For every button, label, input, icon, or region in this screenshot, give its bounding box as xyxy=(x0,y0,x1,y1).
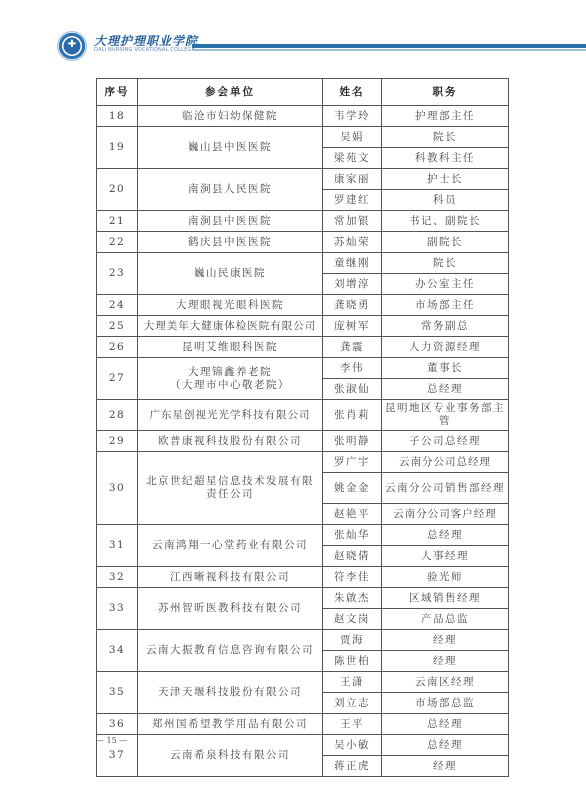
row-number: 27 xyxy=(97,358,138,400)
name-cell: 符李佳 xyxy=(323,567,382,588)
organization-cell: 广东星创视光光学科技有限公司 xyxy=(138,400,323,431)
position-cell: 办公室主任 xyxy=(382,274,509,295)
organization-cell: 天津天堰科技股份有限公司 xyxy=(138,672,323,714)
table-row: 30 北京世纪超星信息技术发展有限责任公司 罗广宇 云南分公司总经理 xyxy=(97,452,509,473)
position-cell: 子公司总经理 xyxy=(382,431,509,452)
position-cell: 总经理 xyxy=(382,735,509,756)
row-number: 30 xyxy=(97,452,138,525)
position-cell: 总经理 xyxy=(382,379,509,400)
name-cell: 庞树军 xyxy=(323,316,382,337)
column-header-name: 姓名 xyxy=(323,79,382,106)
attendee-table: 序号 参会单位 姓名 职务 18 临沧市妇幼保健院 韦学玲 护理部主任 19 巍… xyxy=(96,78,509,777)
position-cell: 市场部主任 xyxy=(382,295,509,316)
name-cell: 吴娟 xyxy=(323,127,382,148)
position-cell: 云南分公司总经理 xyxy=(382,452,509,473)
table-row: 35 天津天堰科技股份有限公司 王潇 云南区经理 xyxy=(97,672,509,693)
organization-cell: 南涧县人民医院 xyxy=(138,169,323,211)
row-number: 28 xyxy=(97,400,138,431)
column-header-number: 序号 xyxy=(97,79,138,106)
name-cell: 龚晓勇 xyxy=(323,295,382,316)
name-cell: 韦学玲 xyxy=(323,106,382,127)
position-cell: 产品总监 xyxy=(382,609,509,630)
table-row: 29 欧普康视科技股份有限公司 张明静 子公司总经理 xyxy=(97,431,509,452)
row-number: 22 xyxy=(97,232,138,253)
table-row: 26 昆明艾维眼科医院 龚震 人力资源经理 xyxy=(97,337,509,358)
name-cell: 龚震 xyxy=(323,337,382,358)
position-cell: 人力资源经理 xyxy=(382,337,509,358)
name-cell: 蒋正虎 xyxy=(323,756,382,777)
organization-cell: 临沧市妇幼保健院 xyxy=(138,106,323,127)
position-cell: 经理 xyxy=(382,756,509,777)
name-cell: 姚金金 xyxy=(323,473,382,504)
organization-line-2: （大理市中心敬老院） xyxy=(141,379,319,392)
row-number: 29 xyxy=(97,431,138,452)
organization-cell: 郑州国希望教学用品有限公司 xyxy=(138,714,323,735)
organization-cell: 云南希泉科技有限公司 xyxy=(138,735,323,777)
table-row: 21 南涧县中医医院 常加银 书记、副院长 xyxy=(97,211,509,232)
organization-cell: 云南大振教育信息咨询有限公司 xyxy=(138,630,323,672)
name-cell: 贾海 xyxy=(323,630,382,651)
row-number: 35 xyxy=(97,672,138,714)
name-cell: 赵文岗 xyxy=(323,609,382,630)
college-emblem-icon: ✚ xyxy=(58,32,86,60)
position-cell: 董事长 xyxy=(382,358,509,379)
organization-cell: 鹤庆县中医医院 xyxy=(138,232,323,253)
organization-cell: 江西晰视科技有限公司 xyxy=(138,567,323,588)
name-cell: 康家丽 xyxy=(323,169,382,190)
table-row: 19 巍山县中医医院 吴娟 院长 xyxy=(97,127,509,148)
position-cell: 人事经理 xyxy=(382,546,509,567)
name-cell: 张淑仙 xyxy=(323,379,382,400)
table-row: 32 江西晰视科技有限公司 符李佳 验光师 xyxy=(97,567,509,588)
table-row: 23 巍山民康医院 童继刚 院长 xyxy=(97,253,509,274)
organization-cell: 巍山民康医院 xyxy=(138,253,323,295)
name-cell: 常加银 xyxy=(323,211,382,232)
table-row: 28 广东星创视光光学科技有限公司 张肖莉 昆明地区专业事务部主管 xyxy=(97,400,509,431)
position-cell: 护理部主任 xyxy=(382,106,509,127)
header-accent-bar xyxy=(192,44,586,48)
position-cell: 科教科主任 xyxy=(382,148,509,169)
name-cell: 刘立志 xyxy=(323,693,382,714)
position-cell: 云南分公司销售部经理 xyxy=(382,473,509,504)
position-cell: 院长 xyxy=(382,253,509,274)
table-row: 36 郑州国希望教学用品有限公司 王平 总经理 xyxy=(97,714,509,735)
table-row: 25 大理美年大健康体检医院有限公司 庞树军 常务副总 xyxy=(97,316,509,337)
table-row: 34 云南大振教育信息咨询有限公司 贾海 经理 xyxy=(97,630,509,651)
position-cell: 科员 xyxy=(382,190,509,211)
position-cell: 副院长 xyxy=(382,232,509,253)
name-cell: 朱啟杰 xyxy=(323,588,382,609)
position-cell: 总经理 xyxy=(382,714,509,735)
row-number: 32 xyxy=(97,567,138,588)
name-cell: 刘增淳 xyxy=(323,274,382,295)
name-cell: 赵艳平 xyxy=(323,504,382,525)
school-name-en: DALI NURSING VOCATIONAL COLLEGE xyxy=(94,47,195,53)
name-cell: 李伟 xyxy=(323,358,382,379)
row-number: 26 xyxy=(97,337,138,358)
organization-line-1: 大理锦鑫养老院 xyxy=(141,366,319,379)
position-cell: 经理 xyxy=(382,651,509,672)
row-number: 36 xyxy=(97,714,138,735)
table-row: 20 南涧县人民医院 康家丽 护士长 xyxy=(97,169,509,190)
row-number: 19 xyxy=(97,127,138,169)
name-cell: 王潇 xyxy=(323,672,382,693)
organization-cell: 南涧县中医医院 xyxy=(138,211,323,232)
table-row: 27 大理锦鑫养老院 （大理市中心敬老院） 李伟 董事长 xyxy=(97,358,509,379)
column-header-organization: 参会单位 xyxy=(138,79,323,106)
page-number: — 15 — xyxy=(96,736,127,745)
position-cell: 经理 xyxy=(382,630,509,651)
position-cell: 院长 xyxy=(382,127,509,148)
table-row: 18 临沧市妇幼保健院 韦学玲 护理部主任 xyxy=(97,106,509,127)
name-cell: 梁苑文 xyxy=(323,148,382,169)
organization-cell: 云南鸿翔一心堂药业有限公司 xyxy=(138,525,323,567)
name-cell: 罗建红 xyxy=(323,190,382,211)
table-header-row: 序号 参会单位 姓名 职务 xyxy=(97,79,509,106)
row-number: 33 xyxy=(97,588,138,630)
position-cell: 总经理 xyxy=(382,525,509,546)
organization-cell: 大理眼视光眼科医院 xyxy=(138,295,323,316)
name-cell: 张灿华 xyxy=(323,525,382,546)
row-number: 18 xyxy=(97,106,138,127)
organization-cell: 大理美年大健康体检医院有限公司 xyxy=(138,316,323,337)
name-cell: 张明静 xyxy=(323,431,382,452)
name-cell: 赵晓倩 xyxy=(323,546,382,567)
row-number: 24 xyxy=(97,295,138,316)
organization-cell: 巍山县中医医院 xyxy=(138,127,323,169)
emblem-glyph: ✚ xyxy=(66,38,78,52)
name-cell: 童继刚 xyxy=(323,253,382,274)
name-cell: 吴小敏 xyxy=(323,735,382,756)
name-cell: 罗广宇 xyxy=(323,452,382,473)
row-number: 25 xyxy=(97,316,138,337)
row-number: 31 xyxy=(97,525,138,567)
row-number: 34 xyxy=(97,630,138,672)
position-cell: 云南区经理 xyxy=(382,672,509,693)
position-cell: 常务副总 xyxy=(382,316,509,337)
position-cell: 区域销售经理 xyxy=(382,588,509,609)
position-cell: 验光师 xyxy=(382,567,509,588)
row-number: 23 xyxy=(97,253,138,295)
organization-cell: 苏州智昕医教科技有限公司 xyxy=(138,588,323,630)
table-row: 24 大理眼视光眼科医院 龚晓勇 市场部主任 xyxy=(97,295,509,316)
organization-cell: 北京世纪超星信息技术发展有限责任公司 xyxy=(138,452,323,525)
name-cell: 王平 xyxy=(323,714,382,735)
position-cell: 市场部总监 xyxy=(382,693,509,714)
row-number: 21 xyxy=(97,211,138,232)
position-cell: 昆明地区专业事务部主管 xyxy=(382,400,509,431)
position-cell: 护士长 xyxy=(382,169,509,190)
header-accent-bar-light xyxy=(192,49,586,51)
table-row: 37 云南希泉科技有限公司 吴小敏 总经理 xyxy=(97,735,509,756)
table-row: 22 鹤庆县中医医院 苏灿荣 副院长 xyxy=(97,232,509,253)
organization-cell: 昆明艾维眼科医院 xyxy=(138,337,323,358)
position-cell: 云南分公司客户经理 xyxy=(382,504,509,525)
position-cell: 书记、副院长 xyxy=(382,211,509,232)
row-number: 20 xyxy=(97,169,138,211)
table-row: 33 苏州智昕医教科技有限公司 朱啟杰 区域销售经理 xyxy=(97,588,509,609)
organization-cell: 欧普康视科技股份有限公司 xyxy=(138,431,323,452)
table-row: 31 云南鸿翔一心堂药业有限公司 张灿华 总经理 xyxy=(97,525,509,546)
name-cell: 陈世柏 xyxy=(323,651,382,672)
document-header: ✚ 大理护理职业学院 DALI NURSING VOCATIONAL COLLE… xyxy=(58,30,586,66)
organization-cell: 大理锦鑫养老院 （大理市中心敬老院） xyxy=(138,358,323,400)
name-cell: 张肖莉 xyxy=(323,400,382,431)
name-cell: 苏灿荣 xyxy=(323,232,382,253)
column-header-position: 职务 xyxy=(382,79,509,106)
